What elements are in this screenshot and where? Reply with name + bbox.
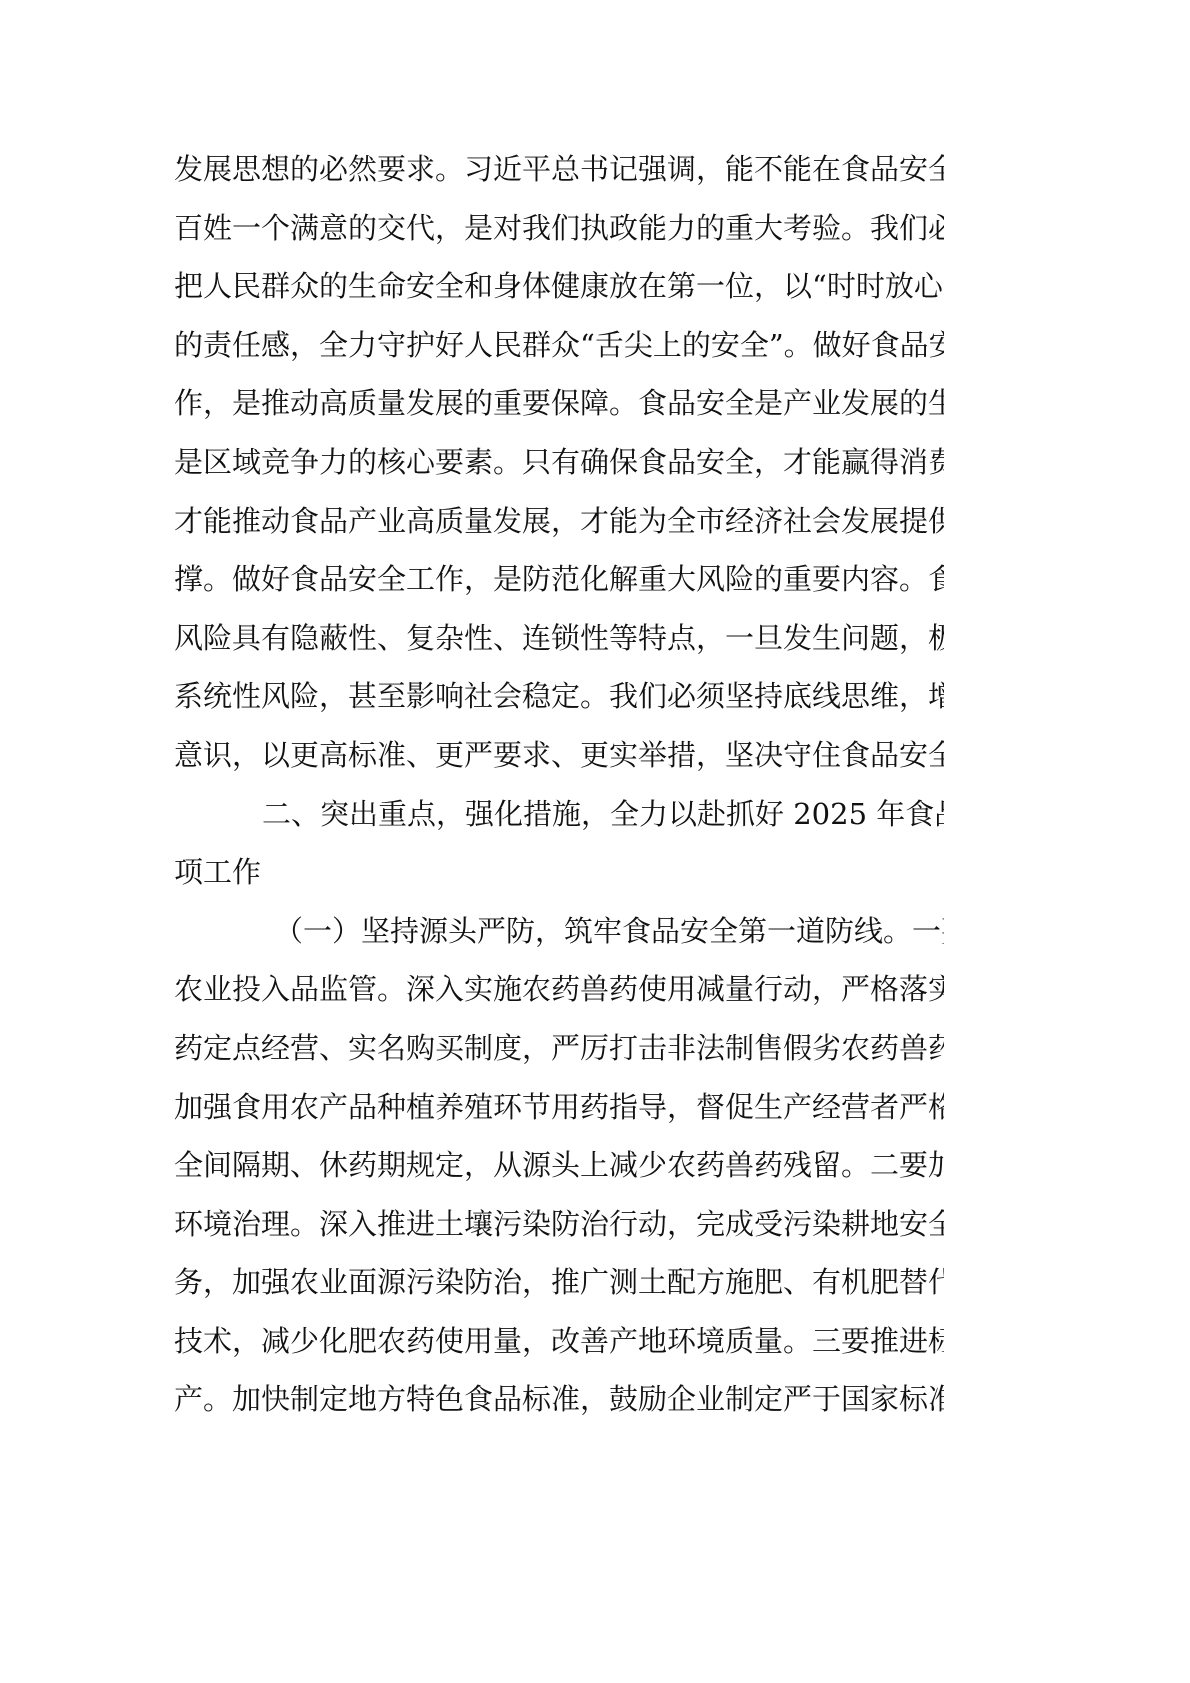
paragraph-line: 撑。做好食品安全工作，是防范化解重大风险的重要内容。食品安全 — [174, 550, 944, 609]
paragraph-line: 的责任感，全力守护好人民群众“舌尖上的安全”。做好食品安全工 — [174, 316, 944, 375]
document-page: 发展思想的必然要求。习近平总书记强调，能不能在食品安全上给老 百姓一个满意的交代… — [174, 140, 944, 1429]
paragraph-line: 全间隔期、休药期规定，从源头上减少农药兽药残留。二要加强产地 — [174, 1136, 944, 1195]
paragraph-line: 技术，减少化肥农药使用量，改善产地环境质量。三要推进标准化生 — [174, 1312, 944, 1371]
paragraph-line: 农业投入品监管。深入实施农药兽药使用减量行动，严格落实高毒农 — [174, 960, 944, 1019]
paragraph-line: 发展思想的必然要求。习近平总书记强调，能不能在食品安全上给老 — [174, 140, 944, 199]
paragraph-line: 加强食用农产品种植养殖环节用药指导，督促生产经营者严格执行安 — [174, 1078, 944, 1137]
section-heading-cont: 项工作 — [174, 843, 944, 902]
paragraph-line: 把人民群众的生命安全和身体健康放在第一位，以“时时放心不下” — [174, 257, 944, 316]
paragraph-line: 作，是推动高质量发展的重要保障。食品安全是产业发展的生命线， — [174, 374, 944, 433]
paragraph-line: 药定点经营、实名购买制度，严厉打击非法制售假劣农药兽药行为。 — [174, 1019, 944, 1078]
section-heading: 二、突出重点，强化措施，全力以赴抓好 2025 年食品安全各 — [174, 785, 944, 844]
paragraph-line: 务，加强农业面源污染防治，推广测土配方施肥、有机肥替代化肥等 — [174, 1253, 944, 1312]
paragraph-line: 百姓一个满意的交代，是对我们执政能力的重大考验。我们必须始终 — [174, 199, 944, 258]
paragraph-line: 产。加快制定地方特色食品标准，鼓励企业制定严于国家标准的企业 — [174, 1370, 944, 1429]
paragraph-line: 风险具有隐蔽性、复杂性、连锁性等特点，一旦发生问题，极易引发 — [174, 609, 944, 668]
paragraph-line: 环境治理。深入推进土壤污染防治行动，完成受污染耕地安全利用任 — [174, 1195, 944, 1254]
paragraph-line: 才能推动食品产业高质量发展，才能为全市经济社会发展提供有力支 — [174, 492, 944, 551]
paragraph-line: 意识，以更高标准、更严要求、更实举措，坚决守住食品安全底线。 — [174, 726, 944, 785]
paragraph-line: 系统性风险，甚至影响社会稳定。我们必须坚持底线思维，增强忧患 — [174, 667, 944, 726]
paragraph-line: 是区域竞争力的核心要素。只有确保食品安全，才能赢得消费者信任， — [174, 433, 944, 492]
subsection-heading-line: （一）坚持源头严防，筑牢食品安全第一道防线。一要强化 — [174, 902, 944, 961]
